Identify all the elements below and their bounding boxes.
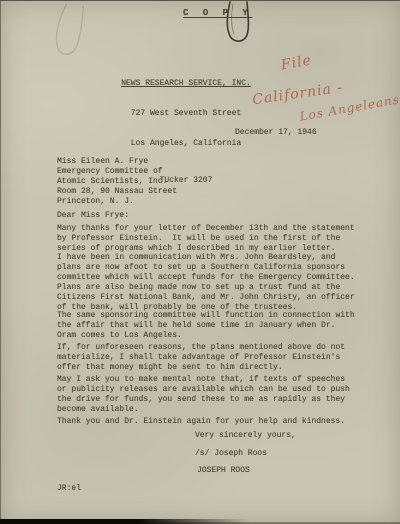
scan-edge-top bbox=[0, 0, 400, 1]
body-paragraph-3: The same sponsoring committee will funct… bbox=[57, 311, 355, 341]
signature-line: /s/ Joseph Roos bbox=[195, 449, 267, 459]
scan-edge-left bbox=[0, 0, 1, 524]
body-paragraph-2: I have been in communication with Mrs. J… bbox=[57, 253, 355, 313]
typed-signer-name: JOSEPH ROOS bbox=[197, 466, 250, 476]
letter-page: C O P Y NEWS RESEARCH SERVICE, INC. 727 … bbox=[0, 0, 400, 524]
recipient-address: Miss Eileen A. Frye Emergency Committee … bbox=[57, 157, 177, 207]
reference-initials: JR:el bbox=[57, 484, 81, 494]
paper-clip-impression-icon bbox=[39, 0, 101, 67]
salutation: Dear Miss Frye: bbox=[57, 211, 129, 221]
handwritten-note-line1: File bbox=[280, 52, 313, 73]
date-line: December 17, 1946 bbox=[235, 128, 317, 138]
body-paragraph-5: May I ask you to make mental note that, … bbox=[57, 375, 350, 415]
company-city: Los Angeles, California bbox=[96, 139, 276, 149]
paper-clip-icon bbox=[224, 1, 254, 45]
company-street: 727 West Seventh Street bbox=[96, 109, 276, 119]
company-name: NEWS RESEARCH SERVICE, INC. bbox=[96, 79, 276, 89]
closing-valediction: Very sincerely yours, bbox=[195, 431, 296, 441]
scan-background-wedge bbox=[0, 519, 250, 524]
body-paragraph-6: Thank you and Dr. Einstein again for you… bbox=[57, 417, 345, 427]
body-paragraph-4: If, for unforeseen reasons, the plans me… bbox=[57, 343, 345, 373]
body-paragraph-1: Many thanks for your letter of December … bbox=[57, 224, 355, 254]
